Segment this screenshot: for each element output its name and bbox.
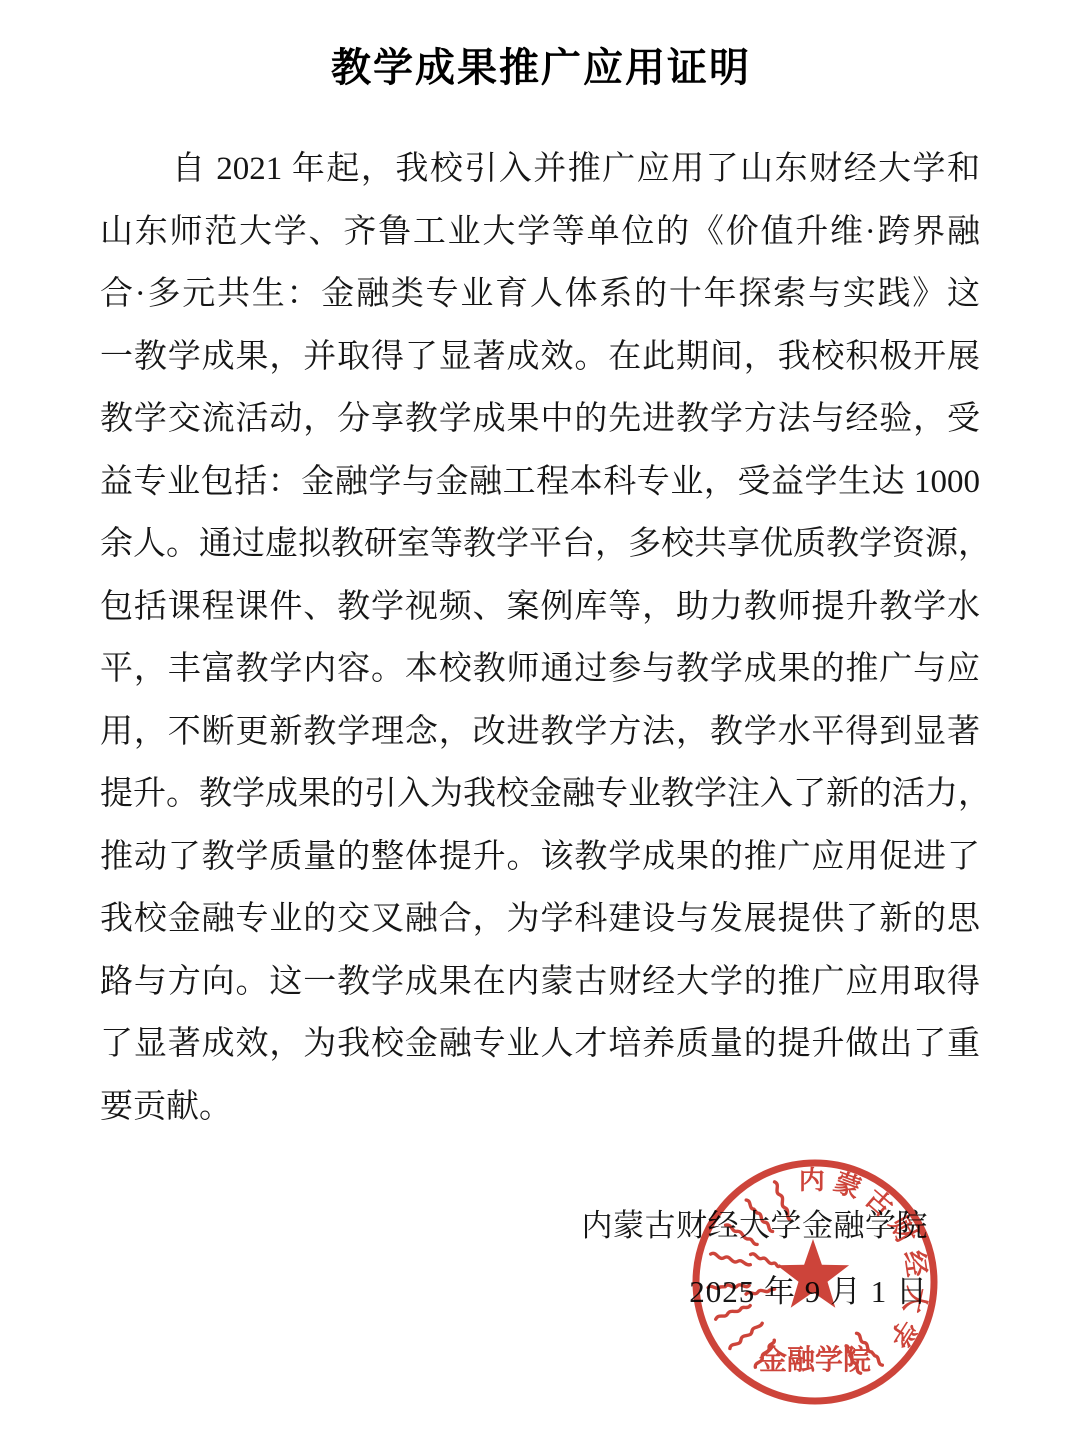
body-line: 益专业包括：金融学与金融工程本科专业，受益学生达 1000 [100,451,980,514]
body-line: 自 2021 年起，我校引入并推广应用了山东财经大学和 [100,138,980,201]
body-line: 我校金融专业的交叉融合，为学科建设与发展提供了新的思 [100,888,980,951]
body-line: 包括课程课件、教学视频、案例库等，助力教师提升教学水 [100,576,980,639]
official-seal-stamp: 内蒙古财经大学 金融学院 [685,1152,945,1412]
body-line: 推动了教学质量的整体提升。该教学成果的推广应用促进了 [100,826,980,889]
body-line: 平，丰富教学内容。本校教师通过参与教学成果的推广与应 [100,638,980,701]
body-line: 要贡献。 [100,1076,980,1139]
body-line: 提升。教学成果的引入为我校金融专业教学注入了新的活力， [100,763,980,826]
body-line: 山东师范大学、齐鲁工业大学等单位的《价值升维·跨界融 [100,201,980,264]
document-title: 教学成果推广应用证明 [0,40,1082,96]
document-body: 自 2021 年起，我校引入并推广应用了山东财经大学和 山东师范大学、齐鲁工业大… [100,138,980,1138]
body-line: 了显著成效，为我校金融专业人才培养质量的提升做出了重 [100,1013,980,1076]
body-line: 教学交流活动，分享教学成果中的先进教学方法与经验，受 [100,388,980,451]
body-line: 用，不断更新教学理念，改进教学方法，教学水平得到显著 [100,701,980,764]
body-line: 余人。通过虚拟教研室等教学平台，多校共享优质教学资源， [100,513,980,576]
body-line: 路与方向。这一教学成果在内蒙古财经大学的推广应用取得 [100,951,980,1014]
document-page: 教学成果推广应用证明 自 2021 年起，我校引入并推广应用了山东财经大学和 山… [0,0,1082,1434]
body-line: 合·多元共生：金融类专业育人体系的十年探索与实践》这 [100,263,980,326]
body-line: 一教学成果，并取得了显著成效。在此期间，我校积极开展 [100,326,980,389]
stamp-star-icon [777,1239,849,1308]
stamp-bottom-text: 金融学院 [759,1343,871,1376]
